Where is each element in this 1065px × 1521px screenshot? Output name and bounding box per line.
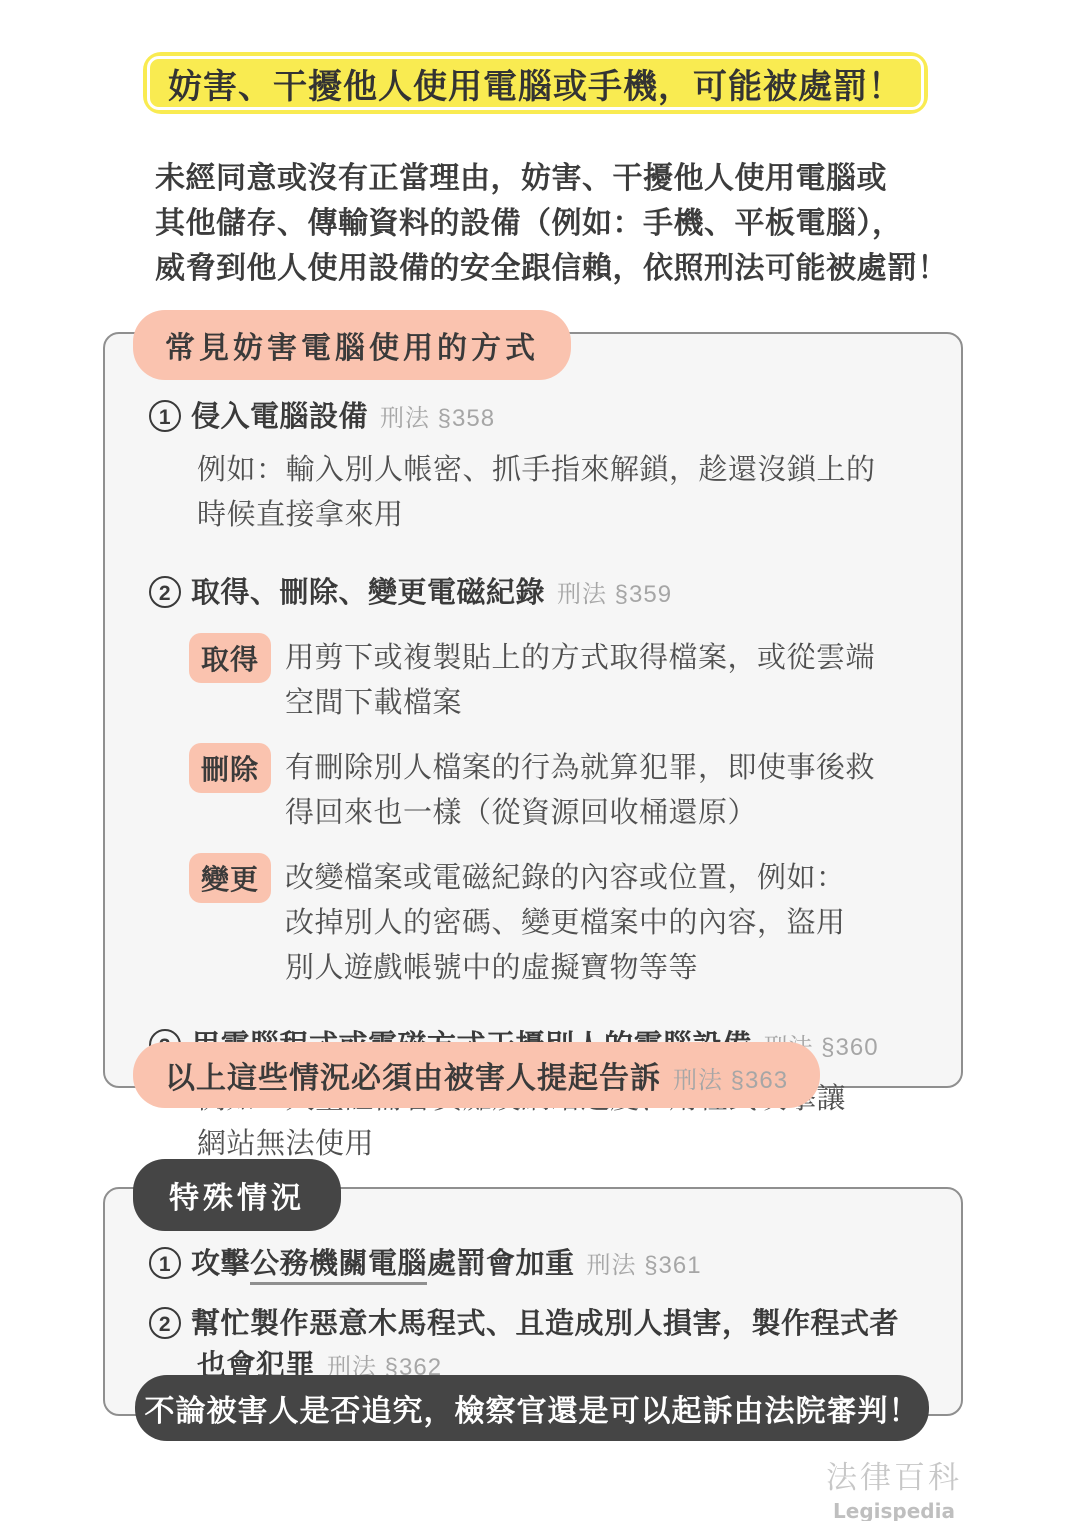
subitem-tag: 變更 — [189, 853, 271, 903]
note-text: 以上這些情況必須由被害人提起告訴 — [165, 1062, 661, 1095]
subitem-obtain: 取得 用剪下或複製貼上的方式取得檔案，或從雲端 空間下載檔案 — [189, 633, 921, 726]
law-reference: 刑法 §361 — [587, 1252, 702, 1279]
offense-title: 侵入電腦設備 — [191, 401, 368, 433]
subitem-description: 用剪下或複製貼上的方式取得檔案，或從雲端 空間下載檔案 — [285, 633, 875, 726]
subitem-description: 有刪除別人檔案的行為就算犯罪，即使事後救 得回來也一樣（從資源回收桶還原） — [285, 743, 875, 836]
brand-name-english: Legispedia — [826, 1499, 962, 1521]
complaint-requirement-note: 以上這些情況必須由被害人提起告訴刑法 §363 — [133, 1042, 820, 1108]
infographic-page: 妨害、干擾他人使用電腦或手機，可能被處罰！ 未經同意或沒有正當理由，妨害、干擾他… — [0, 0, 1065, 1521]
special-title-underlined: 公務機關電腦 — [250, 1248, 427, 1285]
item-number: 2 — [149, 1307, 181, 1339]
offense-title: 取得、刪除、變更電磁紀錄 — [191, 577, 545, 609]
offense-item-2-header: 2取得、刪除、變更電磁紀錄刑法 §359 — [149, 572, 921, 616]
special-item-1-header: 1攻擊公務機關電腦處罰會加重刑法 §361 — [149, 1243, 921, 1287]
section-common-offenses: 常見妨害電腦使用的方式 1侵入電腦設備刑法 §358 例如：輸入別人帳密、抓手指… — [103, 332, 963, 1088]
prosecutor-note: 不論被害人是否追究，檢察官還是可以起訴由法院審判！ — [135, 1375, 929, 1441]
subitem-description: 改變檔案或電磁紀錄的內容或位置，例如： 改掉別人的密碼、變更檔案中的內容，盜用 … — [285, 853, 846, 991]
law-reference: 刑法 §359 — [557, 581, 672, 608]
item-number: 1 — [149, 1247, 181, 1279]
item-number: 2 — [149, 576, 181, 608]
subitem-tag: 刪除 — [189, 743, 271, 793]
special-title-post: 處罰會加重 — [427, 1248, 575, 1280]
section-header-pill: 特殊情況 — [133, 1159, 341, 1231]
item-number: 1 — [149, 400, 181, 432]
section-special-situations: 特殊情況 1攻擊公務機關電腦處罰會加重刑法 §361 2幫忙製作惡意木馬程式、且… — [103, 1187, 963, 1416]
special-title: 幫忙製作惡意木馬程式、且造成別人損害，製作程式者 也會犯罪 — [191, 1308, 899, 1382]
subitem-tag: 取得 — [189, 633, 271, 683]
intro-paragraph: 未經同意或沒有正當理由，妨害、干擾他人使用電腦或 其他儲存、傳輸資料的設備（例如… — [155, 156, 955, 291]
page-title: 妨害、干擾他人使用電腦或手機，可能被處罰！ — [168, 59, 903, 108]
law-reference: 刑法 §358 — [380, 405, 495, 432]
offense-item-1-description: 例如：輸入別人帳密、抓手指來解鎖，趁還沒鎖上的 時候直接拿來用 — [197, 448, 921, 538]
brand-name-chinese: 法律百科 — [826, 1452, 962, 1497]
offense-item-1-header: 1侵入電腦設備刑法 §358 — [149, 396, 921, 440]
title-banner: 妨害、干擾他人使用電腦或手機，可能被處罰！ — [143, 52, 928, 114]
subitem-delete: 刪除 有刪除別人檔案的行為就算犯罪，即使事後救 得回來也一樣（從資源回收桶還原） — [189, 743, 921, 836]
law-reference: 刑法 §363 — [673, 1067, 788, 1094]
subitem-alter: 變更 改變檔案或電磁紀錄的內容或位置，例如： 改掉別人的密碼、變更檔案中的內容，… — [189, 853, 921, 991]
section-header-pill: 常見妨害電腦使用的方式 — [133, 310, 571, 380]
special-title-pre: 攻擊 — [191, 1248, 250, 1280]
brand-logo: 法律百科 Legispedia — [826, 1452, 962, 1521]
